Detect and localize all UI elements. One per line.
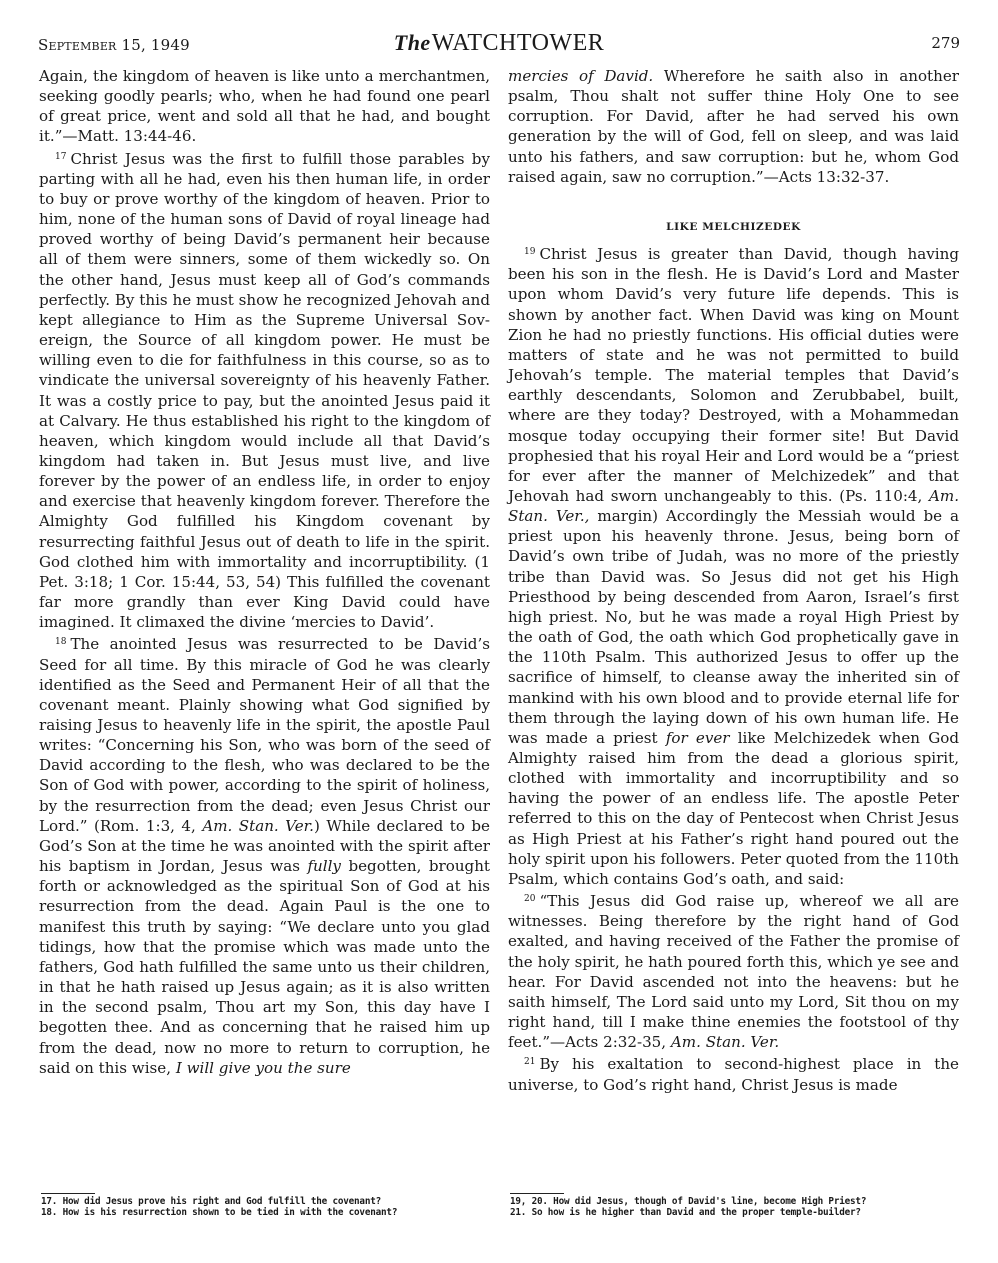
paragraph-number: 17 bbox=[55, 152, 66, 162]
italic-citation: Am. Stan. Ver. bbox=[202, 817, 314, 835]
italic-emphasis: for ever bbox=[666, 729, 730, 747]
footnote-divider bbox=[510, 1193, 564, 1194]
study-questions-left: 17. How did Jesus prove his right and Go… bbox=[41, 1197, 397, 1218]
italic-quote: I will give you the sure bbox=[176, 1059, 351, 1077]
masthead-title: WATCHTOWER bbox=[432, 30, 605, 56]
italic-quote: mercies of David. bbox=[508, 67, 653, 85]
study-question: 21. So how is he higher than David and t… bbox=[510, 1208, 866, 1219]
paragraph-continued: Again, the kingdom of heaven is like unt… bbox=[39, 66, 490, 147]
paragraph-19: 19Christ Jesus is greater than David, th… bbox=[508, 242, 959, 889]
italic-citation: Am. Stan. Ver. bbox=[671, 1033, 779, 1051]
paragraph-number: 20 bbox=[524, 894, 535, 904]
paragraph-text: margin) Accordingly the Messiah would be… bbox=[508, 507, 959, 747]
paragraph-text: By his exaltation to second-highest plac… bbox=[508, 1055, 959, 1093]
paragraph-21: 21By his exaltation to second-highest pl… bbox=[508, 1052, 959, 1094]
study-question: 19, 20. How did Jesus, though of David's… bbox=[510, 1197, 866, 1208]
italic-emphasis: fully bbox=[307, 857, 341, 875]
right-column: mercies of David. Wherefore he saith als… bbox=[508, 66, 959, 1095]
page-header: September 15, 1949 TheWATCHTOWER 279 bbox=[38, 30, 960, 60]
footnote-divider bbox=[41, 1193, 95, 1194]
paragraph-text: Christ Jesus is greater than David, thou… bbox=[508, 245, 959, 505]
left-column: Again, the kingdom of heaven is like unt… bbox=[39, 66, 490, 1078]
section-subheading: LIKE MELCHIZEDEK bbox=[508, 217, 959, 237]
page-number: 279 bbox=[931, 34, 960, 52]
paragraph-text: like Melchizedek when God Almighty raise… bbox=[508, 729, 959, 888]
paragraph-text: “This Jesus did God raise up, whereof we… bbox=[508, 892, 959, 1051]
paragraph-18: 18The anointed Jesus was resurrected to … bbox=[39, 632, 490, 1077]
paragraph-number: 18 bbox=[55, 637, 66, 647]
study-question: 17. How did Jesus prove his right and Go… bbox=[41, 1197, 397, 1208]
paragraph-number: 21 bbox=[524, 1057, 535, 1067]
paragraph-20: 20“This Jesus did God raise up, whereof … bbox=[508, 889, 959, 1052]
paragraph-text: Christ Jesus was the first to fulfill th… bbox=[39, 150, 490, 632]
study-questions-right: 19, 20. How did Jesus, though of David's… bbox=[510, 1197, 866, 1218]
study-question: 18. How is his resurrection shown to be … bbox=[41, 1208, 397, 1219]
masthead-prefix: The bbox=[394, 30, 431, 55]
masthead: TheWATCHTOWER bbox=[38, 30, 960, 57]
paragraph-continued: mercies of David. Wherefore he saith als… bbox=[508, 66, 959, 187]
paragraph-text: begotten, brought forth or acknowledged … bbox=[39, 857, 490, 1077]
paragraph-17: 17Christ Jesus was the first to fulfill … bbox=[39, 147, 490, 633]
paragraph-number: 19 bbox=[524, 247, 535, 257]
paragraph-text: The anointed Jesus was resurrected to be… bbox=[39, 635, 490, 834]
